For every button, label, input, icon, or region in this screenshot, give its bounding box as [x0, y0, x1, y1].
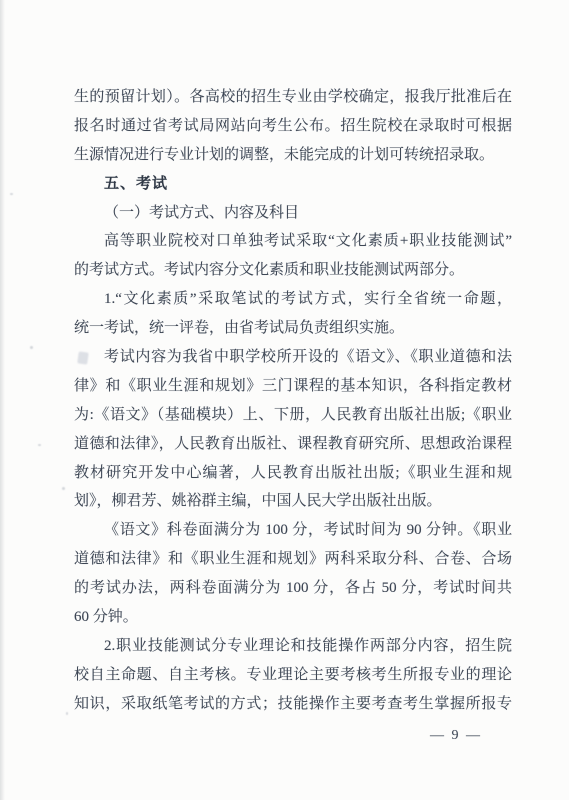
scan-speck — [38, 444, 41, 446]
text-line: 道德和法律》，人民教育出版社、课程教育研究所、思想政治课程 — [74, 430, 512, 459]
document-text-block: 生的预留计划）。各高校的招生专业由学校确定，报我厅批准后在报名时通过省考试局网站… — [74, 83, 512, 719]
text-line: 律》和《职业生涯和规划》三门课程的基本知识，各科指定教材 — [74, 372, 512, 401]
text-line: 知识，采取纸笔考试的方式；技能操作主要考查考生掌握所报专 — [74, 690, 512, 719]
text-line: 生的预留计划）。各高校的招生专业由学校确定，报我厅批准后在 — [74, 83, 512, 112]
text-line: 生源情况进行专业计划的调整，未能完成的计划可转统招录取。 — [74, 141, 512, 170]
scanned-document-page: 生的预留计划）。各高校的招生专业由学校确定，报我厅批准后在报名时通过省考试局网站… — [0, 0, 569, 800]
text-line: 的考试方式。考试内容分文化素质和职业技能测试两部分。 — [74, 256, 512, 285]
text-line: 报名时通过省考试局网站向考生公布。招生院校在录取时可根据 — [74, 112, 512, 141]
text-line: 统一考试，统一评卷，由省考试局负责组织实施。 — [74, 314, 512, 343]
text-line: 校自主命题、自主考核。专业理论主要考核考生所报专业的理论 — [74, 661, 512, 690]
text-line: （一）考试方式、内容及科目 — [74, 199, 512, 228]
text-line: 划》，柳君芳、姚裕群主编，中国人民大学出版社出版。 — [74, 487, 512, 516]
text-line: 高等职业院校对口单独考试采取“文化素质+职业技能测试” — [74, 227, 512, 256]
text-line: 2.职业技能测试分专业理论和技能操作两部分内容，招生院 — [74, 632, 512, 661]
text-line: 考试内容为我省中职学校所开设的《语文》、《职业道德和法 — [74, 343, 512, 372]
scan-speck — [62, 487, 65, 490]
scan-speck — [30, 346, 33, 349]
text-line: 1.“文化素质”采取笔试的考试方式，实行全省统一命题， — [74, 285, 512, 314]
text-line: 为:《语文》（基础模块）上、下册，人民教育出版社出版;《职业 — [74, 401, 512, 430]
text-line: 《语文》科卷面满分为 100 分，考试时间为 90 分钟。《职业 — [74, 516, 512, 545]
scan-speck — [10, 193, 13, 195]
section-heading: 五、考试 — [74, 170, 512, 199]
text-line: 道德和法律》和《职业生涯和规划》两科采取分科、合卷、合场 — [74, 545, 512, 574]
scan-smudge — [77, 351, 89, 364]
text-line: 的考试办法，两科卷面满分为 100 分，各占 50 分，考试时间共 — [74, 574, 512, 603]
page-number: — 9 — — [430, 728, 482, 744]
scan-speck — [66, 712, 68, 715]
text-line: 教材研究开发中心编著，人民教育出版社出版;《职业生涯和规 — [74, 459, 512, 488]
text-line: 60 分钟。 — [74, 603, 512, 632]
